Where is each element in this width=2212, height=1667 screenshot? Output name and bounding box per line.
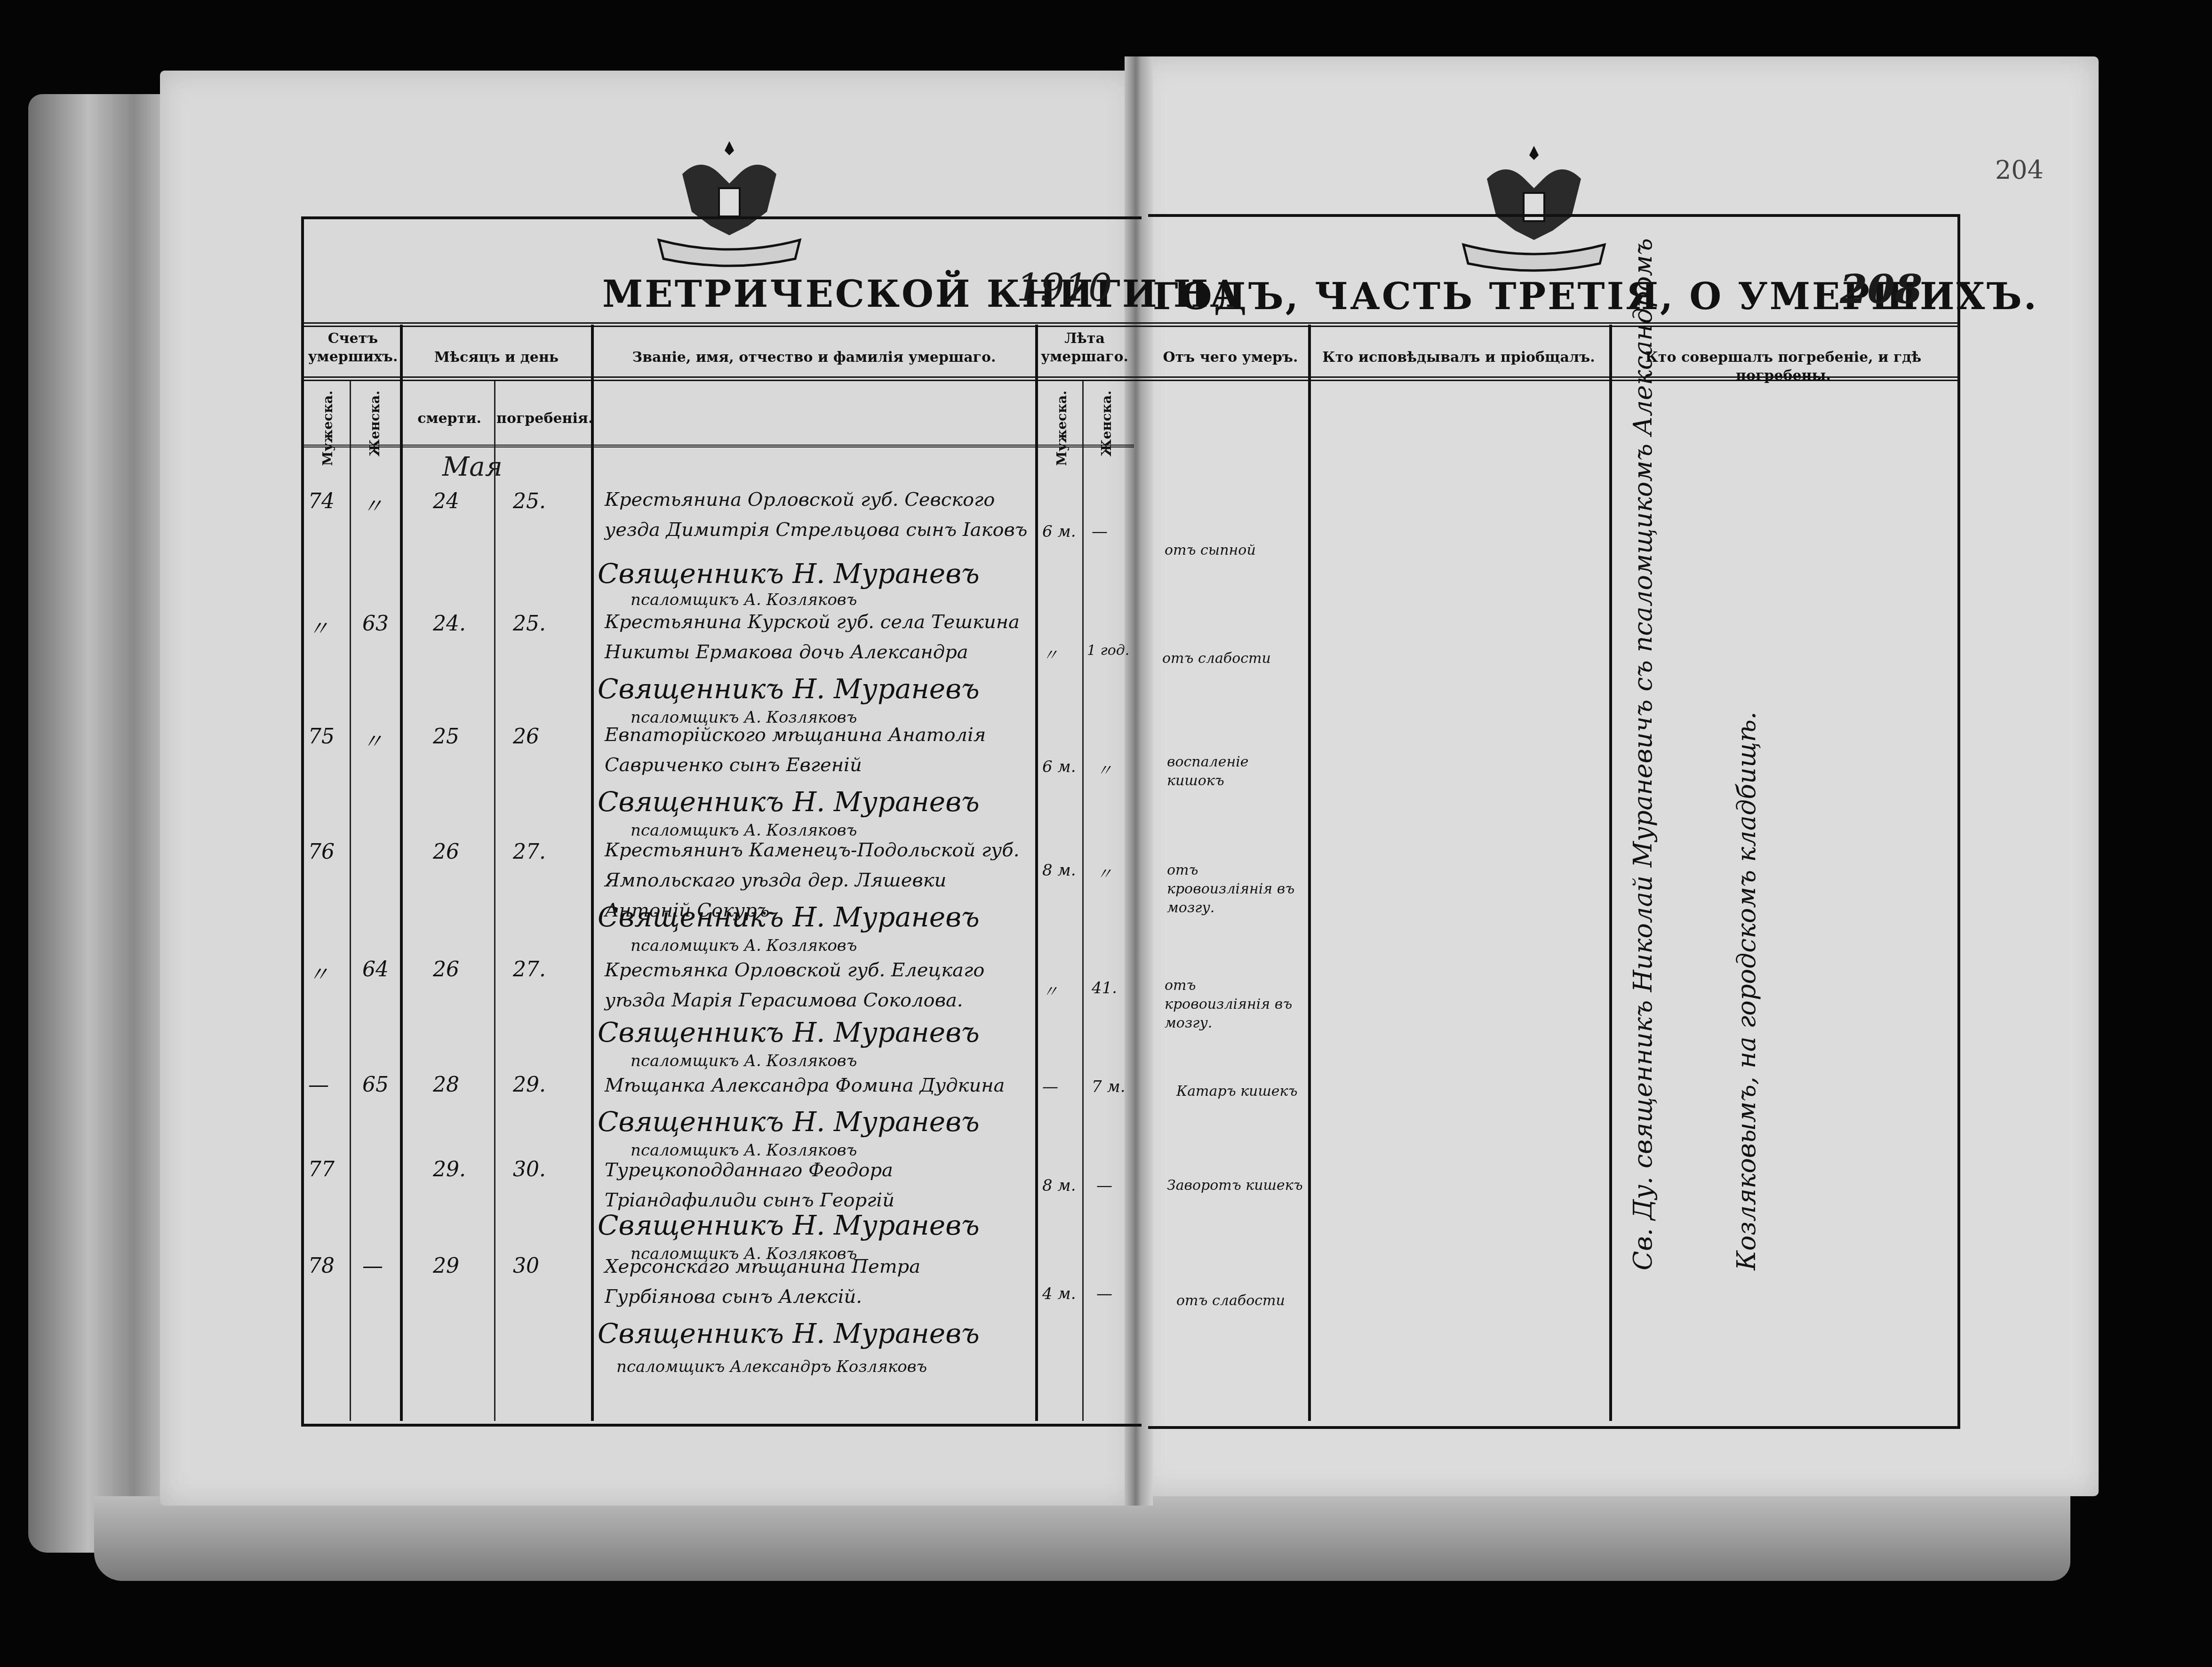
psalmist-signature: псаломщикъ А. Козляковъ [631,936,857,955]
header-count-female: Женска. [367,391,383,456]
age-male: 6 м. [1042,758,1076,776]
header-cause: Отъ чего умеръ. [1158,348,1303,367]
age-male: 4 м. [1042,1284,1076,1303]
age-male: 8 м. [1042,1176,1076,1195]
header-burial: погребенія. [496,409,591,428]
pencil-page-number: 204 [1995,155,2044,185]
col-divider [1609,325,1612,1421]
count-male: 74 [308,489,335,513]
col-divider [1308,325,1311,1421]
age-female: 7 м. [1092,1077,1125,1096]
header-name: Званіе, имя, отчество и фамилія умершаго… [598,348,1030,367]
priest-signature: Священникъ Н. Мураневъ [598,1317,980,1349]
count-male: 〃 [308,957,329,988]
cause-of-death: отъ кровоизліянія въ мозгу. [1165,976,1301,1033]
header-age-male: Мужеска. [1054,391,1070,466]
deceased-name: Крестьянина Курской губ. села Тешкина Ни… [605,607,1028,667]
deceased-name: Крестьянка Орловской губ. Елецкаго уѣзда… [605,955,1028,1015]
header-month-day: Мѣсяцъ и день [405,348,588,367]
priest-signature: Священникъ Н. Мураневъ [598,786,980,818]
col-divider [1035,325,1038,1421]
count-female: 〃 [362,725,383,755]
priest-signature: Священникъ Н. Мураневъ [598,558,980,590]
age-female: — [1096,1284,1112,1303]
burial-day: 29. [513,1073,546,1097]
burial-day: 25. [513,489,546,513]
title-rule [301,322,1957,327]
age-male: 6 м. [1042,522,1076,541]
count-female: 64 [362,957,389,981]
header-count: Счетъ умершихъ. [306,329,400,366]
deceased-name: Крестьянина Орловской губ. Севского уезд… [605,485,1028,545]
count-male: 77 [308,1157,335,1181]
burial-day: 30 [513,1254,539,1278]
month-label: Мая [442,452,503,482]
age-female: 〃 [1096,861,1112,884]
age-female: 41. [1092,979,1117,997]
priest-signature: Священникъ Н. Мураневъ [598,673,980,705]
age-female: — [1096,1176,1112,1195]
deceased-name: Херсонскаго мѣщанина Петра Гурбіянова сы… [605,1252,1028,1312]
priest-signature: Священникъ Н. Мураневъ [598,1209,980,1241]
count-female: — [362,1254,383,1278]
priest-signature: Священникъ Н. Мураневъ [598,1106,980,1138]
age-female: 1 год. [1087,642,1129,659]
year-handwritten: 1910 [1016,266,1112,310]
title-left: МЕТРИЧЕСКОЙ КНИГИ НА [602,273,1242,316]
count-male: 75 [308,725,335,749]
count-male: — [308,1073,329,1097]
col-divider [591,325,594,1421]
header-age: Лѣта умершаго. [1038,329,1132,366]
header-count-male: Мужеска. [320,391,335,466]
death-day: 29. [433,1157,466,1181]
subheader-rule [301,445,1134,447]
burial-day: 26 [513,725,539,749]
cause-of-death: отъ слабости [1176,1292,1313,1310]
cause-of-death: Заворотъ кишекъ [1167,1176,1303,1195]
age-male: 8 м. [1042,861,1076,880]
death-day: 29 [433,1254,459,1278]
death-day: 24. [433,612,466,636]
burial-day: 25. [513,612,546,636]
death-day: 24 [433,489,459,513]
deceased-name: Мѣщанка Александра Фомина Дудкина [605,1070,1028,1101]
col-divider [400,325,403,1421]
count-male: 76 [308,840,335,864]
count-female: 63 [362,612,389,636]
death-day: 28 [433,1073,459,1097]
priest-signature: Священникъ Н. Мураневъ [598,901,980,933]
count-female: 〃 [362,489,383,519]
psalmist-signature: псаломщикъ А. Козляковъ [631,590,857,609]
header-confessed: Кто исповѣдывалъ и пріобщалъ. [1313,348,1605,367]
page-number: 208 [1840,266,1922,312]
deceased-name: Евпаторійского мѣщанина Анатолія Савриче… [605,720,1028,780]
death-day: 26 [433,957,459,981]
header-age-female: Женска. [1099,391,1114,456]
cause-of-death: отъ кровоизліянія въ мозгу. [1167,861,1303,917]
psalmist-signature: псаломщикъ Александръ Козляковъ [616,1357,927,1376]
priest-signature: Священникъ Н. Мураневъ [598,1016,980,1048]
cause-of-death: отъ сыпной [1165,541,1301,560]
count-female: 65 [362,1073,389,1097]
age-male: 〃 [1042,979,1058,1002]
age-female: — [1092,522,1108,541]
book-page-edges-left [28,94,179,1553]
col-divider [1082,381,1084,1421]
burial-note-line-1: Св. Ду. священникъ Николай Мураневичъ съ… [1628,395,1658,1270]
age-male: 〃 [1042,642,1058,665]
cause-of-death: отъ слабости [1162,649,1299,668]
col-divider [494,381,495,1421]
burial-day: 27. [513,840,546,864]
count-male: 〃 [308,612,329,642]
header-buried-by: Кто совершалъ погребеніе, и гдѣ погребен… [1614,348,1953,385]
burial-day: 30. [513,1157,546,1181]
psalmist-signature: псаломщикъ А. Козляковъ [631,1052,857,1070]
age-female: 〃 [1096,758,1112,781]
burial-day: 27. [513,957,546,981]
right-table-frame [1148,214,1960,1429]
book-page-edges-bottom [94,1496,2070,1581]
death-day: 25 [433,725,459,749]
death-day: 26 [433,840,459,864]
burial-note-line-2: Козляковымъ, на городскомъ кладбищѣ. [1732,706,1761,1270]
age-male: — [1042,1077,1058,1096]
col-divider [350,381,351,1421]
cause-of-death: Катаръ кишекъ [1176,1082,1313,1101]
header-death: смерти. [405,409,494,428]
count-male: 78 [308,1254,335,1278]
deceased-name: Турецкоподданнаго Феодора Тріандафилиди … [605,1155,1028,1215]
cause-of-death: воспаленіе кишокъ [1167,753,1303,790]
